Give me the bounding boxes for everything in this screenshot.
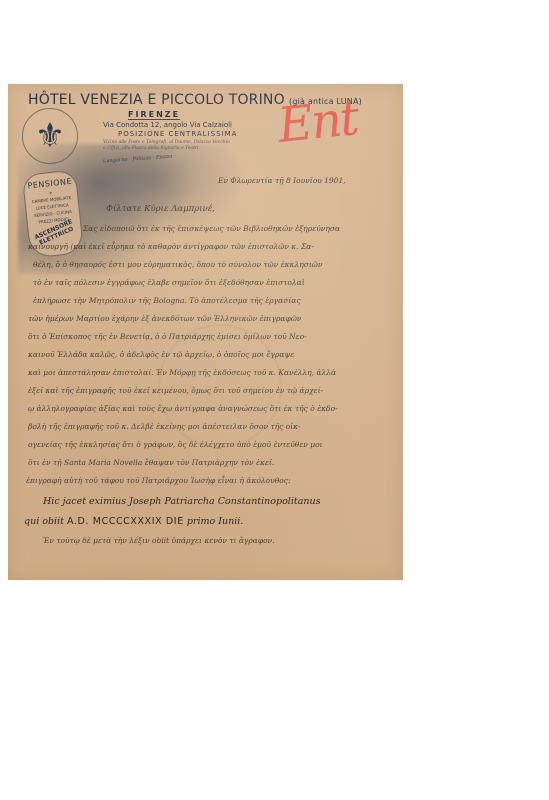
letter-line: καὶ μοι ἀπεστάλησαν ἐπιστολαί. Ἐν Μόρφῃ … <box>28 368 336 377</box>
red-annotation-stamp: Ent <box>275 90 360 154</box>
letter-closing-line: Ἐν τούτῳ δὲ μετὰ τὴν λέξιν obiit ὑπάρχει… <box>43 536 275 545</box>
letter-page: HÔTEL VENEZIA E PICCOLO TORINO (già anti… <box>8 84 403 580</box>
epitaph-date: A.D. MCCCCXXXIX DIE <box>67 516 184 527</box>
letter-line: ἐπλήρωσε τὴν Μητρόπολιν τῆς Bologna. Τὸ … <box>33 296 301 305</box>
letter-line: ὅτι ὁ Ἐπίσκοπος τῆς ἐν Βενετίᾳ, ὁ ὁ Πατρ… <box>28 332 307 341</box>
letter-salutation: Φίλτατε Κύριε Λαμπρινέ, <box>106 204 215 214</box>
letterhead-ribbon: Lungarno · Palazzo · Piazza <box>103 154 173 165</box>
letter-dateline: Εν Φλωρεντία τῇ 8 Ιουνίου 1901, <box>218 176 346 185</box>
epitaph-obiit: qui obiit <box>24 516 64 527</box>
letter-line: ὅτι ἐν τῇ Santa Maria Novella ἔθαψαν τὸν… <box>28 458 274 467</box>
hotel-fineprint: Vicino alle Poste e Telegrafi, al Duomo,… <box>103 140 273 152</box>
fineprint-line-2: e Uffizi, alla Piazza della Signoria e T… <box>103 146 273 152</box>
letter-line: θέλη, ὅ ὁ θησαυρός ἐστι μου εὑρηματικὸς,… <box>33 260 322 269</box>
hotel-name-main: HÔTEL VENEZIA E PICCOLO TORINO <box>28 92 285 108</box>
letter-line: βολὴ τῆς ἐπιγραφῆς τοῦ κ. Δελβὲ ἐκείνης … <box>28 422 301 431</box>
epitaph-line-1: Hic jacet eximius Joseph Patriarcha Cons… <box>43 496 320 507</box>
letter-line: ῳ ἀλληλογραφίας ἀξίας καὶ τοὺς ἔχω ἀντίγ… <box>28 404 338 413</box>
letter-line: ἐξεῖ καὶ τῆς ἐπιγραφῆς τοῦ ἐκεῖ κειμένου… <box>28 386 323 395</box>
letter-line: ογενείας τῆς ἐκκλησίας ὅτι ὁ γράφων, ὅς … <box>28 440 323 449</box>
hotel-city: FIRENZE <box>128 110 180 120</box>
letter-line: Σας εἰδοποιῶ ὅτι ἐκ τῆς ἐπισκέψεως τῶν Β… <box>83 224 340 233</box>
letter-line: καινοῦ Ἐλλάδα καλῶς, ὁ ἀδελφὸς ἐν τῷ ἀρχ… <box>28 350 294 359</box>
epitaph-day: primo Iunii. <box>187 516 244 527</box>
emblem-glyph: ⚜ <box>35 119 65 153</box>
letter-line: ἐπιγραφὴ αὐτὴ τοῦ τάφου τοῦ Πατριάρχου Ἰ… <box>26 476 291 485</box>
letter-line: τὸ ἐν ταῖς πόλεσιν ἐγγράφως ἐλαβε σημεῖο… <box>33 278 305 287</box>
hotel-position-tagline: POSIZIONE CENTRALISSIMA <box>118 130 237 138</box>
letter-line: τῶν ἡμέρων Μαρτίου ἐχάρην ἐξ ἀνεκδότων τ… <box>28 314 301 323</box>
epitaph-line-2: qui obiit A.D. MCCCCXXXIX DIE primo Iuni… <box>24 516 243 527</box>
hotel-address: Via Condotta 12, angolo Via Calzaioli <box>103 121 232 129</box>
fleur-de-lis-icon: ⚜ <box>22 108 78 164</box>
letter-line: καινουργῆ (καὶ ἐκεῖ εὗρηκα τὸ καθαρὸν ἀν… <box>28 242 314 251</box>
